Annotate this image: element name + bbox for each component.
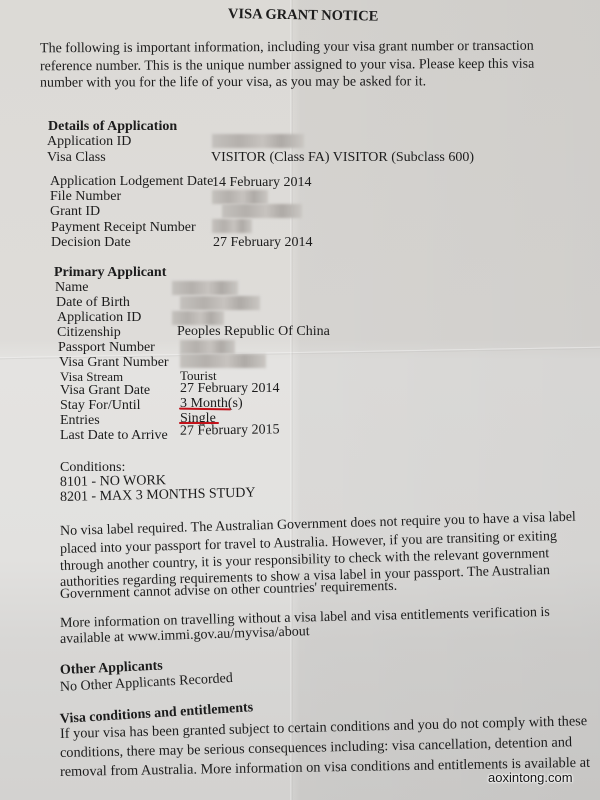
field-label: File Number	[50, 189, 121, 205]
redacted-value	[212, 190, 268, 204]
field-label: Name	[55, 280, 88, 296]
field-label: Payment Receipt Number	[51, 220, 196, 236]
field-label: Grant ID	[50, 204, 100, 220]
paper-fold-vertical	[290, 0, 293, 800]
watermark: aoxintong.com	[488, 770, 573, 785]
field-label: Application ID	[47, 134, 131, 150]
redacted-value	[212, 134, 304, 148]
redacted-value	[172, 281, 238, 295]
redacted-value	[180, 354, 266, 368]
field-label: Decision Date	[51, 235, 131, 251]
field-label: Visa Class	[47, 150, 106, 166]
document-title: VISA GRANT NOTICE	[228, 6, 379, 25]
section-heading-details: Details of Application	[48, 119, 177, 135]
redacted-value	[212, 219, 252, 233]
field-label: Stay For/Until	[60, 398, 141, 414]
field-label: Entries	[60, 413, 100, 429]
field-label: Citizenship	[57, 325, 121, 341]
field-label: Last Date to Arrive	[60, 428, 168, 444]
redacted-value	[172, 311, 224, 325]
field-value-visa-grant-date: 27 February 2014	[180, 381, 280, 397]
intro-line: reference number. This is the unique num…	[40, 57, 534, 76]
field-value-last-date-to-arrive: 27 February 2015	[180, 422, 280, 439]
field-label: Passport Number	[58, 340, 155, 356]
field-label: Date of Birth	[56, 295, 130, 311]
redacted-value	[180, 296, 260, 310]
field-value-visa-class: VISITOR (Class FA) VISITOR (Subclass 600…	[211, 150, 474, 166]
intro-line: The following is important information, …	[40, 39, 534, 58]
redacted-value	[222, 204, 302, 218]
field-value-decision-date: 27 February 2014	[213, 235, 313, 251]
field-label: Application ID	[57, 310, 141, 326]
field-label: Visa Grant Date	[60, 383, 150, 399]
intro-line: number with you for the life of your vis…	[40, 74, 426, 91]
field-value-lodgement-date: 14 February 2014	[212, 175, 312, 191]
section-heading-primary-applicant: Primary Applicant	[54, 265, 166, 281]
field-label: Application Lodgement Date	[50, 174, 213, 190]
redacted-value	[180, 340, 235, 354]
field-value-citizenship: Peoples Republic Of China	[177, 324, 330, 340]
